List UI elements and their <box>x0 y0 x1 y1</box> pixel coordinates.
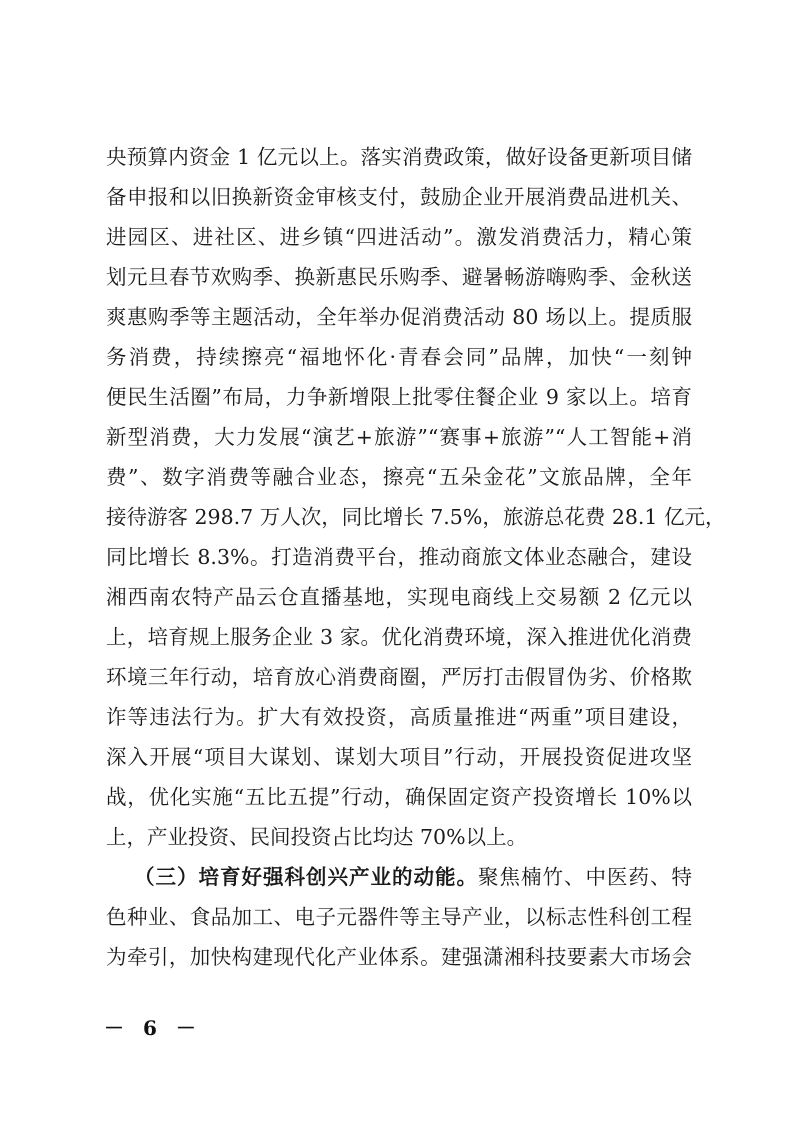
paragraph-line: 新型消费，大力发展“演艺+旅游”“赛事+旅游”“人工智能+消 <box>106 417 692 457</box>
paragraph-line: 接待游客 298.7 万人次，同比增长 7.5%，旅游总花费 28.1 亿元， <box>106 497 692 537</box>
paragraph-line: 便民生活圈”布局，力争新增限上批零住餐企业 9 家以上。培育 <box>106 377 692 417</box>
paragraph-line: 上，培育规上服务企业 3 家。优化消费环境，深入推进优化消费 <box>106 617 692 657</box>
paragraph-line: 央预算内资金 1 亿元以上。落实消费政策，做好设备更新项目储 <box>106 137 692 177</box>
section-heading: （三）培育好强科创兴产业的动能。 <box>134 865 478 889</box>
section-heading-line: （三）培育好强科创兴产业的动能。聚焦楠竹、中医药、特 <box>106 857 692 897</box>
paragraph-line: 划元旦春节欢购季、换新惠民乐购季、避暑畅游嗨购季、金秋送 <box>106 257 692 297</box>
paragraph-line: 务消费，持续擦亮“福地怀化·青春会同”品牌，加快“一刻钟 <box>106 337 692 377</box>
paragraph-line: 备申报和以旧换新资金审核支付，鼓励企业开展消费品进机关、 <box>106 177 692 217</box>
paragraph-line: 费”、数字消费等融合业态，擦亮“五朵金花”文旅品牌，全年 <box>106 457 692 497</box>
paragraph-line: 环境三年行动，培育放心消费商圈，严厉打击假冒伪劣、价格欺 <box>106 657 692 697</box>
paragraph-line: 诈等违法行为。扩大有效投资，高质量推进“两重”项目建设， <box>106 697 692 737</box>
paragraph-line: 色种业、食品加工、电子元器件等主导产业，以标志性科创工程 <box>106 897 692 937</box>
body-text: 央预算内资金 1 亿元以上。落实消费政策，做好设备更新项目储 备申报和以旧换新资… <box>106 137 692 977</box>
paragraph-line: 湘西南农特产品云仓直播基地，实现电商线上交易额 2 亿元以 <box>106 577 692 617</box>
paragraph-line: 为牵引，加快构建现代化产业体系。建强潇湘科技要素大市场会 <box>106 937 692 977</box>
paragraph-line: 深入开展“项目大谋划、谋划大项目”行动，开展投资促进攻坚 <box>106 737 692 777</box>
document-page: 央预算内资金 1 亿元以上。落实消费政策，做好设备更新项目储 备申报和以旧换新资… <box>0 0 793 1122</box>
paragraph-line: 进园区、进社区、进乡镇“四进活动”。激发消费活力，精心策 <box>106 217 692 257</box>
paragraph-line: 同比增长 8.3%。打造消费平台，推动商旅文体业态融合，建设 <box>106 537 692 577</box>
paragraph-line: 爽惠购季等主题活动，全年举办促消费活动 80 场以上。提质服 <box>106 297 692 337</box>
paragraph-line: 上，产业投资、民间投资占比均达 70%以上。 <box>106 817 692 857</box>
paragraph-line: 战，优化实施“五比五提”行动，确保固定资产投资增长 10%以 <box>106 777 692 817</box>
page-number: － 6 － <box>104 1012 202 1041</box>
section-heading-continuation: 聚焦楠竹、中医药、特 <box>478 865 692 889</box>
